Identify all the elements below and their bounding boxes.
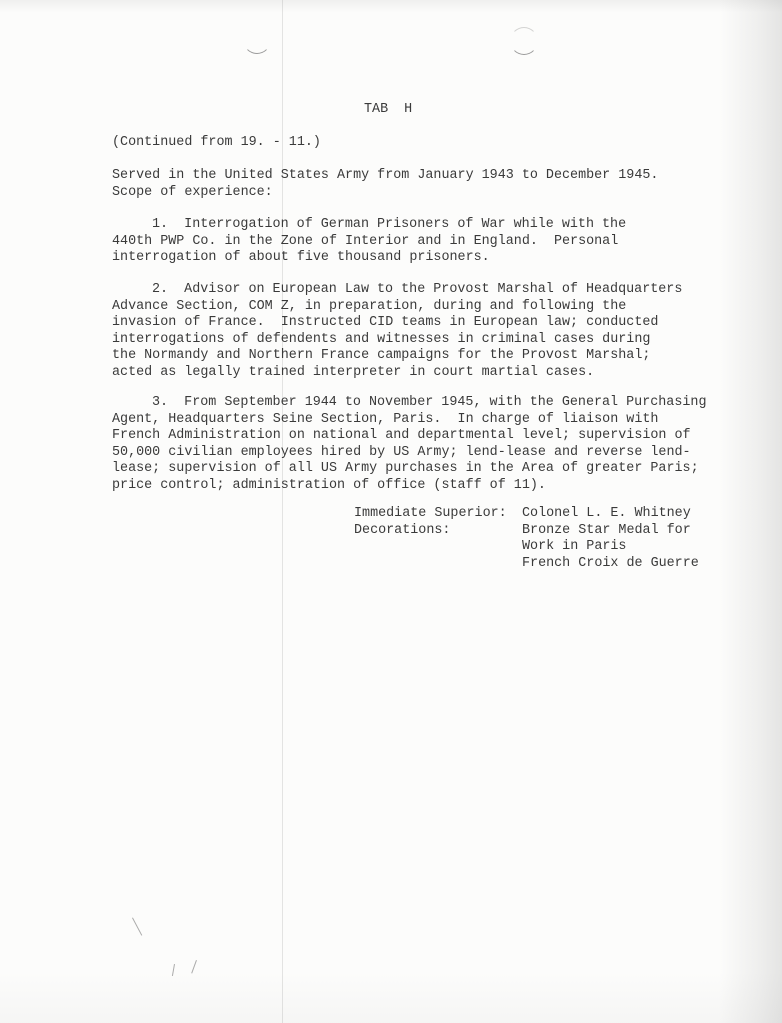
item-number: 2. bbox=[152, 282, 168, 297]
item-line: Agent, Headquarters Seine Section, Paris… bbox=[112, 412, 706, 429]
item-line: interrogation of about five thousand pri… bbox=[112, 250, 626, 267]
item-line: Advance Section, COM Z, in preparation, … bbox=[112, 299, 682, 316]
signature-block: Immediate Superior: Colonel L. E. Whitne… bbox=[354, 506, 699, 572]
item-first-line: 3. From September 1944 to November 1945,… bbox=[112, 395, 706, 412]
stray-pencil-mark bbox=[191, 960, 197, 973]
spacer bbox=[354, 556, 522, 573]
item-number: 1. bbox=[152, 217, 168, 232]
superior-label: Immediate Superior: bbox=[354, 506, 522, 523]
item-line: lease; supervision of all US Army purcha… bbox=[112, 461, 706, 478]
stray-pencil-mark bbox=[132, 918, 142, 936]
item-text: Interrogation of German Prisoners of War… bbox=[184, 217, 626, 232]
item-line: price control; administration of office … bbox=[112, 478, 706, 495]
intro-line: Served in the United States Army from Ja… bbox=[112, 168, 658, 185]
superior-value: Colonel L. E. Whitney bbox=[522, 506, 699, 523]
intro-line: Scope of experience: bbox=[112, 185, 658, 202]
item-text: Advisor on European Law to the Provost M… bbox=[184, 282, 682, 297]
decoration-item: French Croix de Guerre bbox=[522, 556, 699, 573]
decorations-label: Decorations: bbox=[354, 523, 522, 540]
decoration-item: Work in Paris bbox=[522, 539, 699, 556]
experience-item-2: 2. Advisor on European Law to the Provos… bbox=[112, 282, 682, 381]
item-line: interrogations of defendents and witness… bbox=[112, 332, 682, 349]
item-line: 50,000 civilian employees hired by US Ar… bbox=[112, 445, 706, 462]
item-line: French Administration on national and de… bbox=[112, 428, 706, 445]
experience-item-1: 1. Interrogation of German Prisoners of … bbox=[112, 217, 626, 267]
stray-pencil-mark bbox=[172, 964, 175, 976]
item-line: the Normandy and Northern France campaig… bbox=[112, 348, 682, 365]
punch-hole-left bbox=[243, 26, 271, 54]
continued-note: (Continued from 19. - 11.) bbox=[112, 135, 321, 152]
item-line: invasion of France. Instructed CID teams… bbox=[112, 315, 682, 332]
item-number: 3. bbox=[152, 395, 168, 410]
item-text: From September 1944 to November 1945, wi… bbox=[184, 395, 706, 410]
spacer bbox=[354, 539, 522, 556]
experience-item-3: 3. From September 1944 to November 1945,… bbox=[112, 395, 706, 494]
scanned-page: TAB H (Continued from 19. - 11.) Served … bbox=[0, 0, 782, 1023]
item-first-line: 1. Interrogation of German Prisoners of … bbox=[112, 217, 626, 234]
page-title: TAB H bbox=[364, 102, 412, 119]
fold-crease bbox=[282, 0, 283, 1023]
item-line: 440th PWP Co. in the Zone of Interior an… bbox=[112, 234, 626, 251]
item-first-line: 2. Advisor on European Law to the Provos… bbox=[112, 282, 682, 299]
item-line: acted as legally trained interpreter in … bbox=[112, 365, 682, 382]
decoration-item: Bronze Star Medal for bbox=[522, 523, 699, 540]
punch-hole-right bbox=[510, 27, 538, 55]
intro-paragraph: Served in the United States Army from Ja… bbox=[112, 168, 658, 201]
